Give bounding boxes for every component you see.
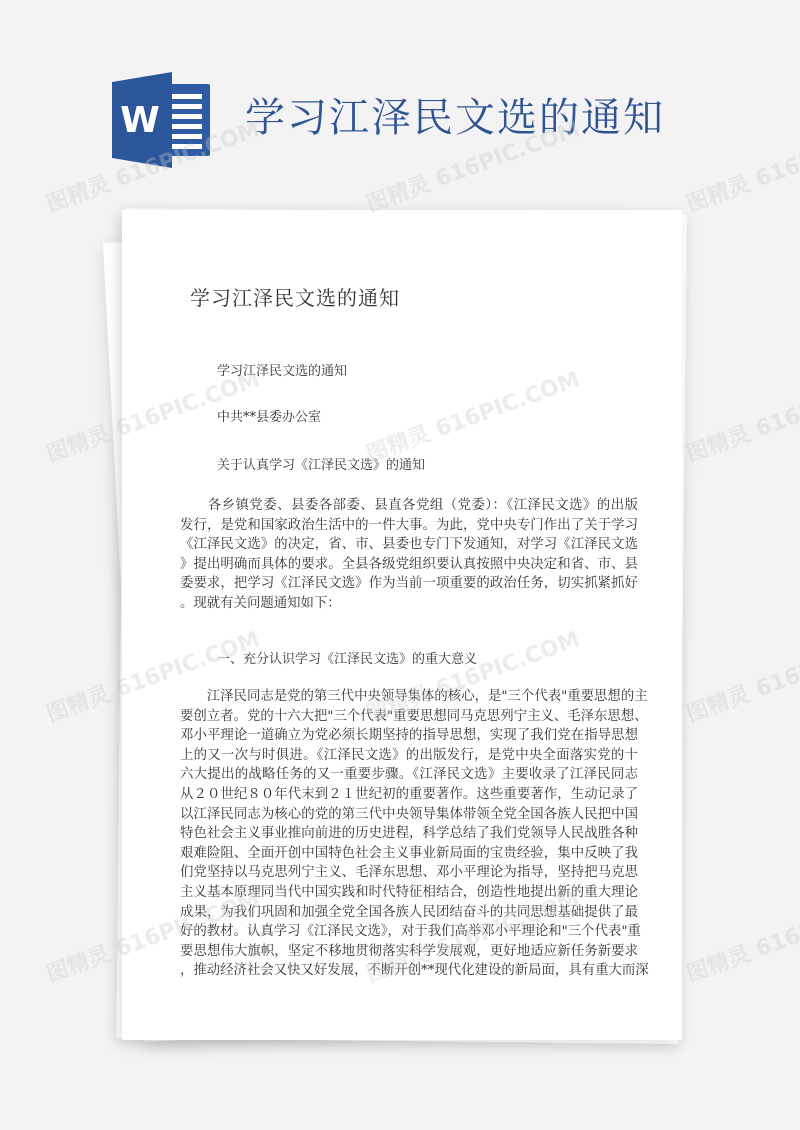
watermark: 图精灵 616PIC.COM: [681, 362, 800, 468]
watermark: 图精灵 616PIC.COM: [681, 882, 800, 988]
paragraph-line: 特色社会主义事业推向前进的历史进程，科学总结了我们党领导人民战胜各种: [180, 824, 638, 844]
paragraph-line: 要思想伟大旗帜，坚定不移地贯彻落实科学发展观，更好地适应新任务新要求: [180, 942, 638, 962]
paragraph-line: 》提出明确而具体的要求。全县各级党组织要认真按照中央决定和省、市、县: [180, 555, 638, 575]
paragraph-line: 《江泽民文选》的决定，省、市、县委也专门下发通知，对学习《江泽民文选: [180, 535, 638, 555]
paragraph-line: ，推动经济社会又快又好发展，不断开创**现代化建设的新局面，具有重大而深: [180, 961, 638, 981]
paragraph-line: 邓小平理论一道确立为党必须长期坚持的指导思想，实现了我们党在指导思想: [180, 726, 638, 746]
document-page: 学习江泽民文选的通知 学习江泽民文选的通知 中共**县委办公室 关于认真学习《江…: [122, 210, 682, 1040]
svg-text:W: W: [120, 100, 160, 141]
document-issuer: 中共**县委办公室: [217, 406, 321, 425]
paragraph-line: 。现就有关问题通知如下：: [180, 594, 638, 614]
paragraph-line: 各乡镇党委、县委各部委、县直各党组（党委）：《江泽民文选》的出版: [180, 496, 638, 516]
document-heading: 学习江泽民文选的通知: [190, 282, 400, 311]
section-1-title: 一、充分认识学习《江泽民文选》的重大意义: [217, 648, 477, 667]
paragraph-line: 要创立者。党的十六大把"三个代表"重要思想同马克思列宁主义、毛泽东思想、: [180, 707, 638, 727]
document-subtitle: 学习江泽民文选的通知: [217, 360, 347, 379]
notice-title: 关于认真学习《江泽民文选》的通知: [217, 454, 425, 473]
intro-paragraph: 各乡镇党委、县委各部委、县直各党组（党委）：《江泽民文选》的出版 发行，是党和国…: [180, 496, 638, 614]
section-1-paragraph: 江泽民同志是党的第三代中央领导集体的核心，是"三个代表"重要思想的主 要创立者。…: [180, 687, 638, 981]
paragraph-line: 委要求，把学习《江泽民文选》作为当前一项重要的政治任务，切实抓紧抓好: [180, 574, 638, 594]
banner-header: W 学习江泽民文选的通知: [0, 0, 800, 200]
watermark: 图精灵 616PIC.COM: [681, 622, 800, 728]
banner-title: 学习江泽民文选的通知: [245, 88, 665, 148]
paragraph-line: 们党坚持以马克思列宁主义、毛泽东思想、邓小平理论为指导，坚持把马克思: [180, 863, 638, 883]
paragraph-line: 主义基本原理同当代中国实践和时代特征相结合，创造性地提出新的重大理论: [180, 883, 638, 903]
paragraph-line: 艰难险阻、全面开创中国特色社会主义事业新局面的宝贵经验，集中反映了我: [180, 844, 638, 864]
paragraph-line: 从２０世纪８０年代末到２１世纪初的重要著作。这些重要著作，生动记录了: [180, 785, 638, 805]
paragraph-line: 好的教材。认真学习《江泽民文选》，对于我们高举邓小平理论和"三个代表"重: [180, 922, 638, 942]
paragraph-line: 以江泽民同志为核心的党的第三代中央领导集体带领全党全国各族人民把中国: [180, 805, 638, 825]
word-document-icon: W: [112, 72, 212, 168]
paragraph-line: 发行，是党和国家政治生活中的一件大事。为此，党中央专门作出了关于学习: [180, 516, 638, 536]
paragraph-line: 江泽民同志是党的第三代中央领导集体的核心，是"三个代表"重要思想的主: [180, 687, 638, 707]
paragraph-line: 成果，为我们巩固和加强全党全国各族人民团结奋斗的共同思想基础提供了最: [180, 903, 638, 923]
paragraph-line: 上的又一次与时俱进。《江泽民文选》的出版发行，是党中央全面落实党的十: [180, 746, 638, 766]
paragraph-line: 六大提出的战略任务的又一重要步骤。《江泽民文选》主要收录了江泽民同志: [180, 765, 638, 785]
